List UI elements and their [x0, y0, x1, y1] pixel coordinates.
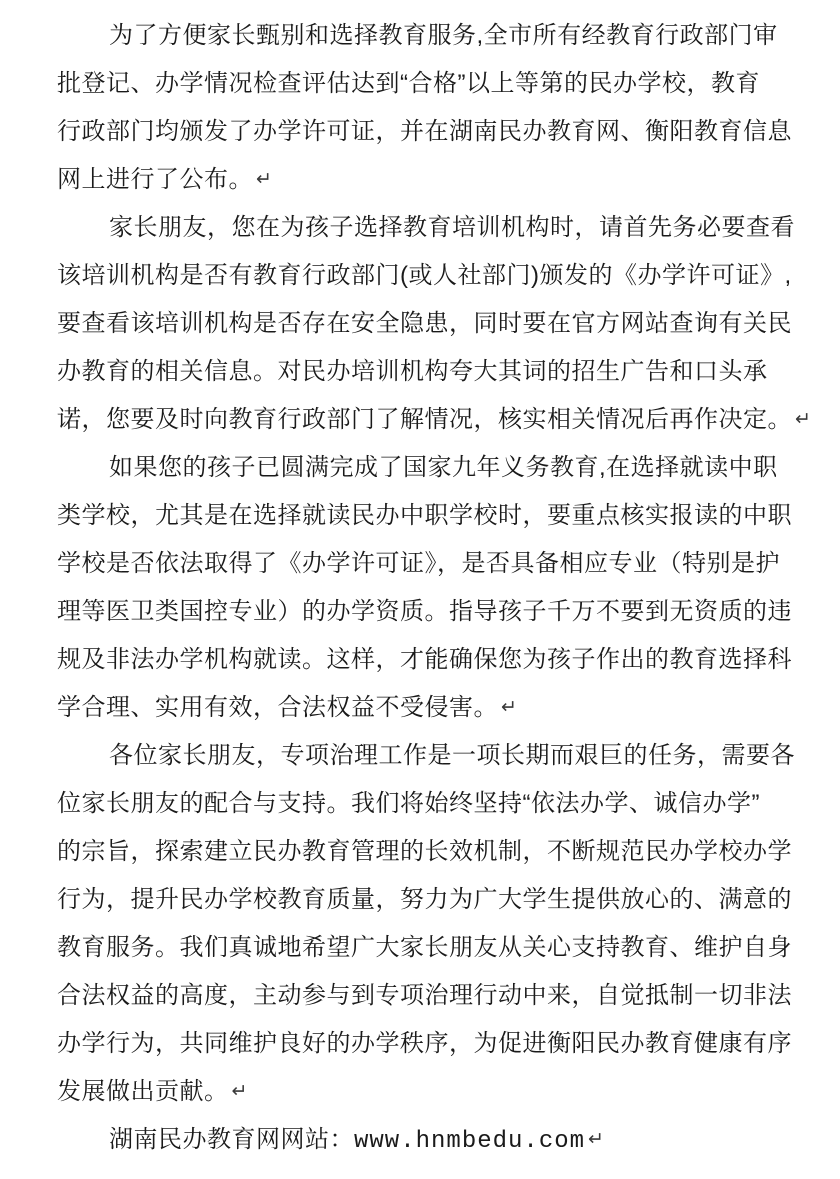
footer-url: www.hnmbedu.com: [354, 1128, 585, 1155]
text-line: 办教育的相关信息。对民办培训机构夸大其词的招生广告和口头承: [57, 348, 787, 396]
line-text: 行政部门均颁发了办学许可证，并在湖南民办教育网、衡阳教育信息: [57, 118, 792, 145]
text-line: 诺，您要及时向教育行政部门了解情况，核实相关情况后再作决定。↵: [57, 396, 787, 444]
line-text: 教育服务。我们真诚地希望广大家长朋友从关心支持教育、维护自身: [57, 934, 792, 961]
text-line: 教育服务。我们真诚地希望广大家长朋友从关心支持教育、维护自身: [57, 924, 787, 972]
paragraph-mark: ↵: [795, 409, 811, 430]
document-body: 为了方便家长甄别和选择教育服务,全市所有经教育行政部门审批登记、办学情况检查评估…: [57, 12, 787, 1164]
footer-label: 湖南民办教育网网站：: [109, 1126, 354, 1153]
text-line: 办学行为，共同维护良好的办学秩序，为促进衡阳民办教育健康有序: [57, 1020, 787, 1068]
line-text: 办学行为，共同维护良好的办学秩序，为促进衡阳民办教育健康有序: [57, 1030, 792, 1057]
text-line: 行政部门均颁发了办学许可证，并在湖南民办教育网、衡阳教育信息: [57, 108, 787, 156]
line-text: 位家长朋友的配合与支持。我们将始终坚持“依法办学、诚信办学”: [57, 790, 760, 817]
line-text: 行为，提升民办学校教育质量，努力为广大学生提供放心的、满意的: [57, 886, 792, 913]
line-text: 该培训机构是否有教育行政部门(或人社部门)颁发的《办学许可证》,: [57, 262, 792, 289]
line-text: 网上进行了公布。: [57, 166, 253, 193]
footer-line: 湖南民办教育网网站：www.hnmbedu.com↵: [57, 1116, 787, 1164]
text-line: 位家长朋友的配合与支持。我们将始终坚持“依法办学、诚信办学”: [57, 780, 787, 828]
line-text: 批登记、办学情况检查评估达到“合格”以上等第的民办学校，教育: [57, 70, 760, 97]
line-text: 为了方便家长甄别和选择教育服务,全市所有经教育行政部门审: [109, 22, 778, 49]
paragraph-mark: ↵: [588, 1129, 604, 1150]
text-line: 家长朋友，您在为孩子选择教育培训机构时，请首先务必要查看: [57, 204, 787, 252]
text-line: 规及非法办学机构就读。这样，才能确保您为孩子作出的教育选择科: [57, 636, 787, 684]
line-text: 类学校，尤其是在选择就读民办中职学校时，要重点核实报读的中职: [57, 502, 792, 529]
line-text: 理等医卫类国控专业）的办学资质。指导孩子千万不要到无资质的违: [57, 598, 792, 625]
text-line: 发展做出贡献。↵: [57, 1068, 787, 1116]
text-line: 如果您的孩子已圆满完成了国家九年义务教育,在选择就读中职: [57, 444, 787, 492]
text-line: 理等医卫类国控专业）的办学资质。指导孩子千万不要到无资质的违: [57, 588, 787, 636]
text-line: 学校是否依法取得了《办学许可证》，是否具备相应专业（特别是护: [57, 540, 787, 588]
line-text: 合法权益的高度，主动参与到专项治理行动中来，自觉抵制一切非法: [57, 982, 792, 1009]
line-text: 办教育的相关信息。对民办培训机构夸大其词的招生广告和口头承: [57, 358, 768, 385]
line-text: 各位家长朋友，专项治理工作是一项长期而艰巨的任务，需要各: [109, 742, 795, 769]
paragraph-mark: ↵: [501, 697, 517, 718]
text-line: 行为，提升民办学校教育质量，努力为广大学生提供放心的、满意的: [57, 876, 787, 924]
text-line: 批登记、办学情况检查评估达到“合格”以上等第的民办学校，教育: [57, 60, 787, 108]
text-line: 学合理、实用有效，合法权益不受侵害。↵: [57, 684, 787, 732]
paragraph-container: 为了方便家长甄别和选择教育服务,全市所有经教育行政部门审批登记、办学情况检查评估…: [57, 12, 787, 1116]
line-text: 的宗旨，探索建立民办教育管理的长效机制，不断规范民办学校办学: [57, 838, 792, 865]
paragraph-mark: ↵: [232, 1081, 248, 1102]
line-text: 如果您的孩子已圆满完成了国家九年义务教育,在选择就读中职: [109, 454, 778, 481]
line-text: 要查看该培训机构是否存在安全隐患，同时要在官方网站查询有关民: [57, 310, 792, 337]
line-text: 发展做出贡献。: [57, 1078, 229, 1105]
text-line: 的宗旨，探索建立民办教育管理的长效机制，不断规范民办学校办学: [57, 828, 787, 876]
paragraph-mark: ↵: [256, 169, 272, 190]
line-text: 学校是否依法取得了《办学许可证》，是否具备相应专业（特别是护: [57, 550, 780, 577]
text-line: 为了方便家长甄别和选择教育服务,全市所有经教育行政部门审: [57, 12, 787, 60]
text-line: 网上进行了公布。↵: [57, 156, 787, 204]
text-line: 类学校，尤其是在选择就读民办中职学校时，要重点核实报读的中职: [57, 492, 787, 540]
line-text: 家长朋友，您在为孩子选择教育培训机构时，请首先务必要查看: [109, 214, 795, 241]
line-text: 诺，您要及时向教育行政部门了解情况，核实相关情况后再作决定。: [57, 406, 792, 433]
line-text: 学合理、实用有效，合法权益不受侵害。: [57, 694, 498, 721]
document-page: 为了方便家长甄别和选择教育服务,全市所有经教育行政部门审批登记、办学情况检查评估…: [0, 0, 840, 1179]
line-text: 规及非法办学机构就读。这样，才能确保您为孩子作出的教育选择科: [57, 646, 792, 673]
text-line: 要查看该培训机构是否存在安全隐患，同时要在官方网站查询有关民: [57, 300, 787, 348]
text-line: 该培训机构是否有教育行政部门(或人社部门)颁发的《办学许可证》,: [57, 252, 787, 300]
text-line: 各位家长朋友，专项治理工作是一项长期而艰巨的任务，需要各: [57, 732, 787, 780]
text-line: 合法权益的高度，主动参与到专项治理行动中来，自觉抵制一切非法: [57, 972, 787, 1020]
